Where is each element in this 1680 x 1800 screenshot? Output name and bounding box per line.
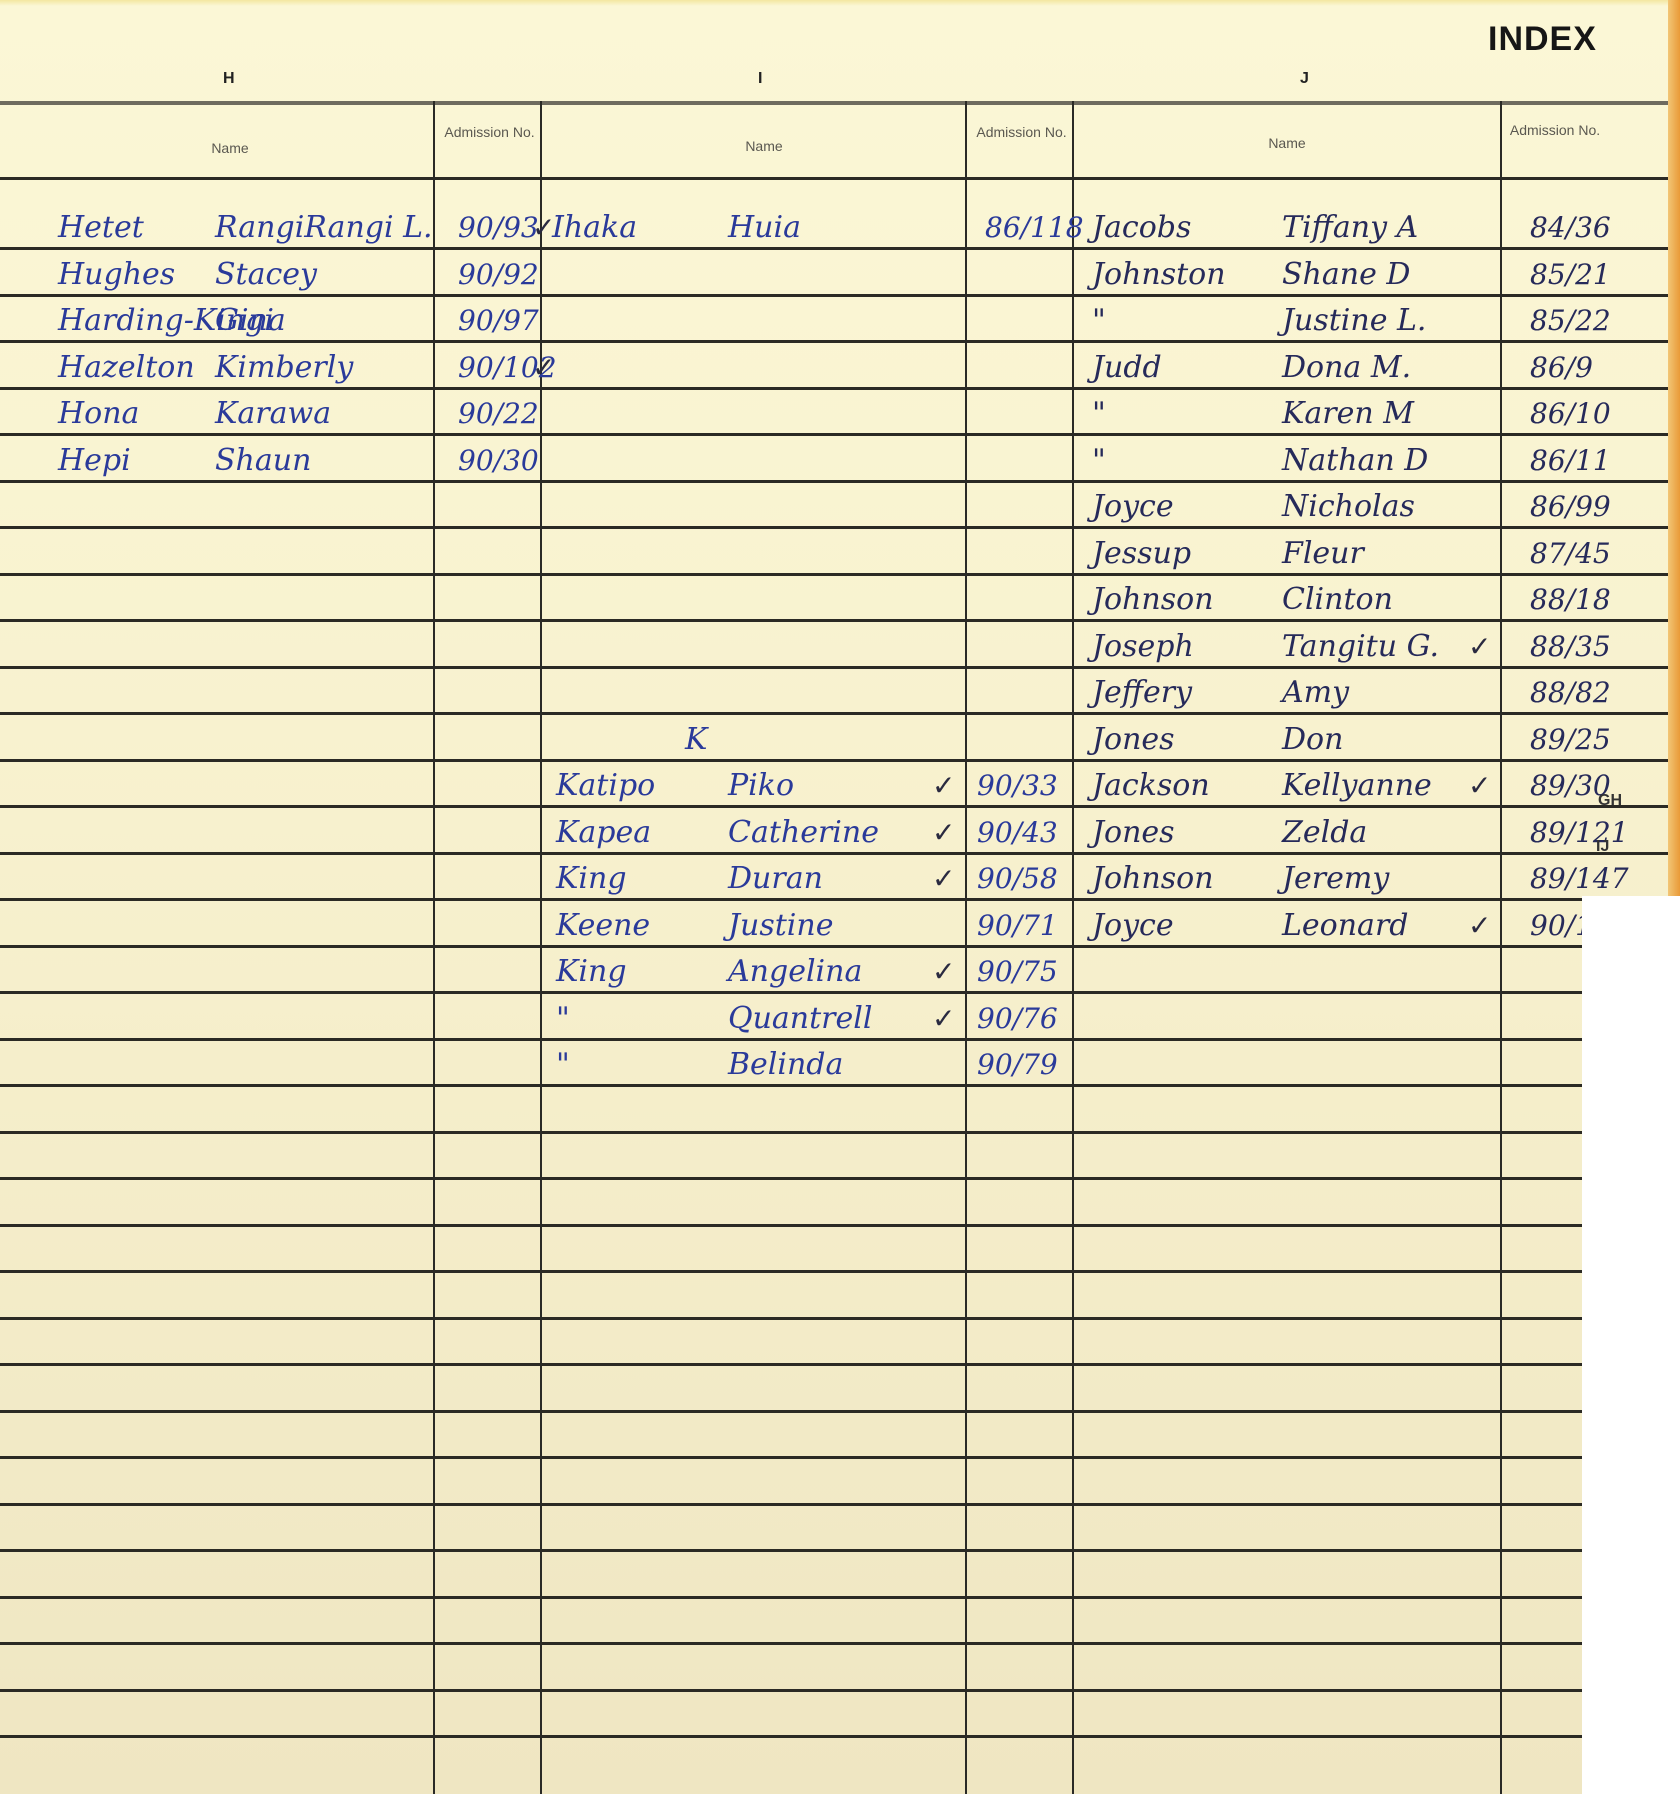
ruled-line [0,433,1668,436]
given-name: Kimberly [215,351,353,385]
admission-number: 85/21 [1530,258,1611,292]
admission-number: 87/45 [1530,537,1611,571]
surname: Jacobs [1092,211,1191,245]
column-divider [1500,101,1502,1794]
given-name: Karawa [215,397,331,431]
given-name: Nathan D [1282,444,1428,478]
page-side-edge [1668,0,1680,896]
column-divider [433,101,435,1794]
admission-number: 88/18 [1530,583,1611,617]
admission-number: 89/147 [1530,862,1629,896]
given-name: RangiRangi L. [215,211,433,245]
surname: Hughes [58,258,175,292]
ruled-line [0,340,1668,343]
surname: Johnson [1092,862,1214,896]
ruled-line [0,898,1582,901]
ruled-line [0,1177,1582,1180]
ruled-line [0,1456,1582,1459]
given-name: Karen M [1282,397,1414,431]
admission-number: 90/30 [458,444,539,478]
given-name: Angelina [728,955,862,989]
ruled-line [0,1503,1582,1506]
j-name-header: Name [1207,135,1367,151]
surname: " [556,1002,570,1036]
ruled-line [0,805,1668,808]
admission-number: 90/22 [458,397,539,431]
surname: Joyce [1092,490,1174,524]
admission-number: 90/97 [458,304,539,338]
check-mark-icon: ✓ [532,353,555,383]
given-name: Gina [215,304,286,338]
surname: " [1092,304,1106,338]
ruled-line [0,759,1668,762]
h-name-header: Name [150,140,310,156]
check-mark-icon: ✓ [932,771,955,801]
surname: Kapea [556,816,651,850]
check-mark-icon: ✓ [932,957,955,987]
ruled-line [0,619,1668,622]
surname: Hazelton [58,351,195,385]
given-name: Kellyanne [1282,769,1432,803]
given-name: Dona M. [1282,351,1411,385]
admission-number: 90/33 [977,769,1058,803]
column-divider [965,101,967,1794]
check-mark-icon: ✓ [932,864,955,894]
surname: King [556,955,627,989]
given-name: Don [1282,723,1343,757]
ruled-line [0,945,1582,948]
ruled-line [0,1084,1582,1087]
given-name: Leonard [1282,909,1409,943]
ruled-line [0,387,1668,390]
ruled-line [0,1689,1582,1692]
column-divider [1072,101,1074,1794]
ruled-line [0,991,1582,994]
admission-number: 90/43 [977,816,1058,850]
given-name: Amy [1282,676,1349,710]
check-mark-icon: ✓ [1468,911,1491,941]
ruled-line [0,1131,1582,1134]
ruled-line [0,573,1668,576]
given-name: Tiffany A [1282,211,1418,245]
surname: Jeffery [1092,676,1192,710]
admission-number: 85/22 [1530,304,1611,338]
admission-number: 89/25 [1530,723,1611,757]
ruled-line [0,480,1668,483]
admission-number: 86/11 [1530,444,1611,478]
ruled-line [0,1224,1582,1227]
ruled-line [0,1549,1582,1552]
subsection-letter-k: K [685,723,707,757]
ruled-line [0,1270,1582,1273]
given-name: Fleur [1282,537,1364,571]
page-top-edge [0,0,1680,6]
given-name: Piko [728,769,794,803]
ruled-line [0,1642,1582,1645]
check-mark-icon: ✓ [1468,771,1491,801]
ruled-line [0,177,1668,180]
surname: Ihaka [552,211,637,245]
given-name: Justine [728,909,833,943]
admission-number: 88/35 [1530,630,1611,664]
tab-gh[interactable]: GH [1598,792,1622,810]
given-name: Tangitu G. [1282,630,1439,664]
admission-number: 86/9 [1530,351,1593,385]
surname: Johnston [1092,258,1226,292]
admission-number: 86/10 [1530,397,1611,431]
section-letter-h: H [223,70,235,88]
i-name-header: Name [684,138,844,154]
given-name: Zelda [1282,816,1367,850]
section-letter-i: I [758,70,762,88]
given-name: Quantrell [728,1002,872,1036]
admission-number: 90/101 [1530,909,1629,943]
surname: " [556,1048,570,1082]
h-admission-header: Admission No. [437,124,542,140]
check-mark-icon: ✓ [932,1004,955,1034]
admission-number: 90/71 [977,909,1058,943]
j-admission-header: Admission No. [1500,122,1610,138]
ruled-line [0,526,1668,529]
ruled-line [0,666,1668,669]
admission-number: 90/76 [977,1002,1058,1036]
given-name: Stacey [215,258,317,292]
given-name: Nicholas [1282,490,1415,524]
surname: " [1092,397,1106,431]
ruled-line [0,247,1668,250]
surname: Hetet [58,211,144,245]
admission-number: 86/118 [985,211,1084,245]
surname: Judd [1092,351,1162,385]
check-mark-icon: ✓ [1468,632,1491,662]
section-letter-j: J [1300,70,1309,88]
ruled-line [0,294,1668,297]
ruled-line [0,1317,1582,1320]
surname: Johnson [1092,583,1214,617]
given-name: Duran [728,862,823,896]
ruled-line [0,852,1668,855]
page-title: INDEX [1488,20,1597,59]
ruled-line [0,712,1668,715]
surname: Hepi [58,444,131,478]
surname: King [556,862,627,896]
admission-number: 90/58 [977,862,1058,896]
index-page: INDEX H I J Name Admission No. Name Admi… [0,0,1680,1800]
given-name: Catherine [728,816,879,850]
admission-number: 86/99 [1530,490,1611,524]
ruled-line [0,1038,1582,1041]
surname: Jessup [1092,537,1191,571]
given-name: Belinda [728,1048,843,1082]
admission-number: 89/121 [1530,816,1629,850]
admission-number: 84/36 [1530,211,1611,245]
surname: Joyce [1092,909,1174,943]
ruled-line [0,1735,1582,1738]
given-name: Jeremy [1282,862,1389,896]
surname: Jones [1092,816,1175,850]
surname: Keene [556,909,650,943]
admission-number: 90/93 [458,211,539,245]
given-name: Shane D [1282,258,1410,292]
admission-number: 90/79 [977,1048,1058,1082]
given-name: Justine L. [1282,304,1426,338]
surname: Joseph [1092,630,1194,664]
given-name: Shaun [215,444,311,478]
admission-number: 90/92 [458,258,539,292]
check-mark-icon: ✓ [932,818,955,848]
ruled-line [0,1410,1582,1413]
tab-ij[interactable]: IJ [1596,838,1609,856]
given-name: Clinton [1282,583,1393,617]
surname: Katipo [556,769,655,803]
ruled-line [0,1363,1582,1366]
admission-number: 88/82 [1530,676,1611,710]
given-name: Huia [728,211,801,245]
admission-number: 90/75 [977,955,1058,989]
ruled-line [0,1596,1582,1599]
surname: " [1092,444,1106,478]
surname: Hona [58,397,139,431]
i-admission-header: Admission No. [969,124,1074,140]
surname: Jones [1092,723,1175,757]
surname: Jackson [1092,769,1210,803]
ruled-line [0,101,1668,105]
